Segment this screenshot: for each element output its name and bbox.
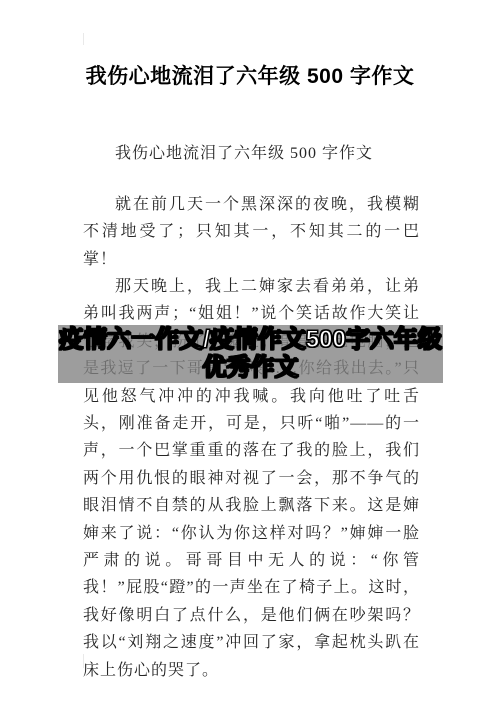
watermark-banner: 疫情六一作文/疫情作文500字六年级 优秀作文	[58, 325, 443, 383]
document-page: 我伤心地流泪了六年级 500 字作文 我伤心地流泪了六年级 500 字作文 就在…	[0, 0, 500, 707]
watermark-line-2: 优秀作文	[203, 354, 299, 382]
page-edge-mark-bottom	[83, 654, 84, 668]
watermark-line-1: 疫情六一作文/疫情作文500字六年级	[59, 326, 442, 354]
essay-paragraph-1: 就在前几天一个黑深深的夜晚，我模糊不清地受了；只知其一，不知其二的一巴掌！	[83, 191, 420, 273]
page-edge-mark-top	[83, 33, 84, 45]
document-subtitle: 我伤心地流泪了六年级 500 字作文	[83, 140, 420, 167]
document-title: 我伤心地流泪了六年级 500 字作文	[0, 60, 500, 90]
